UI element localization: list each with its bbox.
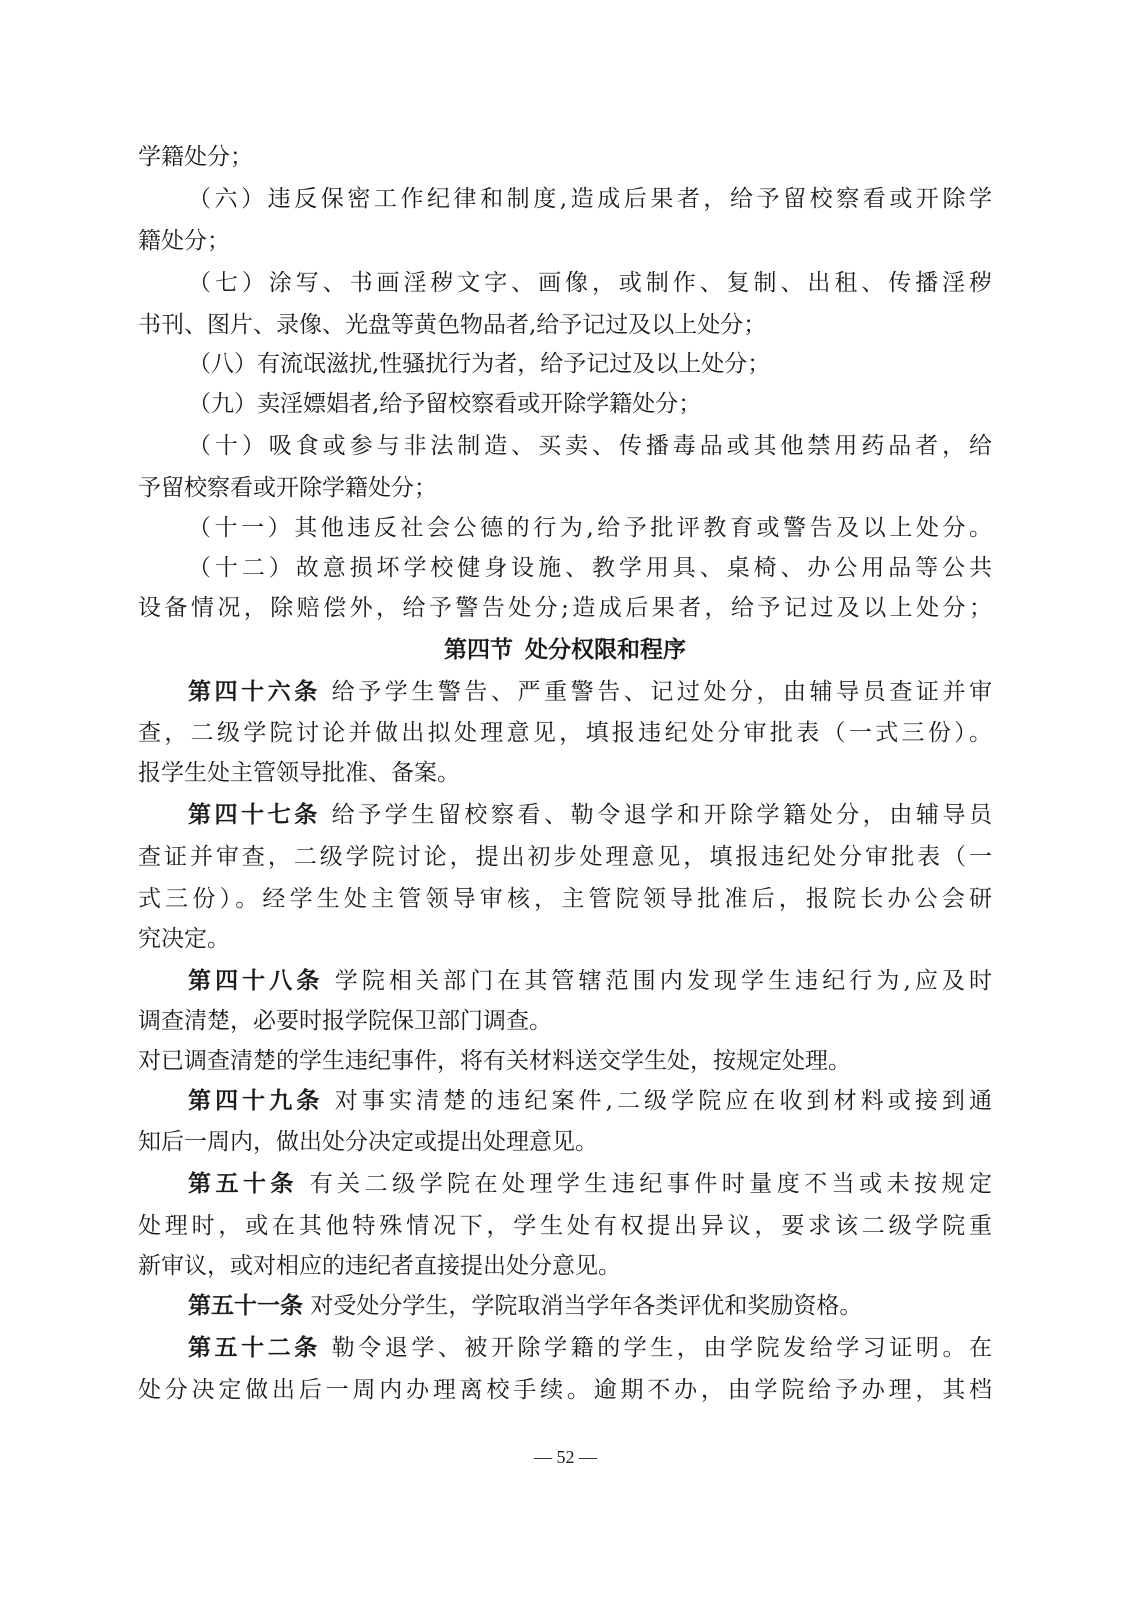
article-continuation-line: 究决定。 [138,924,992,954]
spacer [323,968,334,994]
text-line: （七）涂写、书画淫秽文字、画像，或制作、复制、出租、传播淫秽 [188,268,992,298]
article-label: 第四十六条 [188,679,321,705]
article-text: 学院相关部门在其管辖范围内发现学生违纪行为,应及时 [335,968,992,994]
article-first-line: 第五十一条 对受处分学生，学院取消当学年各类评优和奖励资格。 [188,1291,992,1321]
article-first-line: 第四十六条 给予学生警告、严重警告、记过处分，由辅导员查证并审 [188,677,992,707]
article-text: 给予学生警告、严重警告、记过处分，由辅导员查证并审 [332,679,992,705]
article-continuation-line: 报学生处主管领导批准、备案。 [138,758,992,788]
text-line: 书刊、图片、录像、光盘等黄色物品者,给予记过及以上处分； [138,310,992,340]
text-line: 籍处分； [138,226,992,256]
article-first-line: 第四十九条 对事实清楚的违纪案件,二级学院应在收到材料或接到通 [188,1086,992,1116]
text-line: （六）违反保密工作纪律和制度,造成后果者，给予留校察看或开除学 [188,184,992,214]
article-continuation-line: 处理时，或在其他特殊情况下，学生处有权提出异议，要求该二级学院重 [138,1211,992,1241]
text-line: 予留校察看或开除学籍处分； [138,473,992,503]
article-text: 勒令退学、被开除学籍的学生，由学院发给学习证明。在 [332,1335,992,1361]
spacer [298,1171,310,1197]
article-continuation-line: 新审议，或对相应的违纪者直接提出处分意见。 [138,1251,992,1281]
spacer [321,679,332,705]
text-line: （十一）其他违反社会公德的行为,给予批评教育或警告及以上处分。 [188,513,992,543]
article-first-line: 第四十七条 给予学生留校察看、勒令退学和开除学籍处分，由辅导员 [188,800,992,830]
article-continuation-line: 式三份）。经学生处主管领导审核，主管院领导批准后，报院长办公会研 [138,884,992,914]
article-continuation-line: 查，二级学院讨论并做出拟处理意见，填报违纪处分审批表（一式三份）。 [138,718,992,748]
spacer [321,802,332,828]
article-label: 第五十一条 [188,1293,303,1319]
article-label: 第五十二条 [188,1335,321,1361]
article-text: 对受处分学生，学院取消当学年各类评优和奖励资格。 [310,1293,862,1319]
text-line: （十二）故意损坏学校健身设施、教学用具、桌椅、办公用品等公共 [188,553,992,583]
section-heading: 第四节处分权限和程序 [138,635,992,665]
text-line: （八）有流氓滋扰,性骚扰行为者，给予记过及以上处分； [188,349,992,379]
article-first-line: 第四十八条 学院相关部门在其管辖范围内发现学生违纪行为,应及时 [188,966,992,996]
article-label: 第五十条 [188,1171,298,1197]
article-first-line: 第五十条 有关二级学院在处理学生违纪事件时量度不当或未按规定 [188,1169,992,1199]
spacer [323,1088,334,1114]
article-label: 第四十七条 [188,802,321,828]
article-text: 有关二级学院在处理学生违纪事件时量度不当或未按规定 [310,1171,992,1197]
article-continuation-line: 查证并审查，二级学院讨论，提出初步处理意见，填报违纪处分审批表（一 [138,842,992,872]
page-number: — 52 — [0,1445,1131,1469]
article-continuation-line: 知后一周内，做出处分决定或提出处理意见。 [138,1127,992,1157]
article-continuation-line: 对已调查清楚的学生违纪事件，将有关材料送交学生处，按规定处理。 [138,1046,992,1076]
document-page: 学籍处分；（六）违反保密工作纪律和制度,造成后果者，给予留校察看或开除学籍处分；… [0,0,1131,1600]
article-first-line: 第五十二条 勒令退学、被开除学籍的学生，由学院发给学习证明。在 [188,1333,992,1363]
article-text: 对事实清楚的违纪案件,二级学院应在收到材料或接到通 [335,1088,992,1114]
text-line: （十）吸食或参与非法制造、买卖、传播毒品或其他禁用药品者，给 [188,431,992,461]
article-continuation-line: 处分决定做出后一周内办理离校手续。逾期不办，由学院给予办理，其档 [138,1375,992,1405]
section-title: 处分权限和程序 [525,637,686,663]
spacer [321,1335,332,1361]
article-continuation-line: 调查清楚，必要时报学院保卫部门调查。 [138,1006,992,1036]
text-line: 设备情况，除赔偿外，给予警告处分;造成后果者，给予记过及以上处分； [138,593,992,623]
article-label: 第四十八条 [188,968,323,994]
text-line: 学籍处分； [138,142,992,172]
section-number: 第四节 [444,637,513,663]
article-label: 第四十九条 [188,1088,323,1114]
article-text: 给予学生留校察看、勒令退学和开除学籍处分，由辅导员 [332,802,992,828]
text-line: （九）卖淫嫖娼者,给予留校察看或开除学籍处分； [188,389,992,419]
